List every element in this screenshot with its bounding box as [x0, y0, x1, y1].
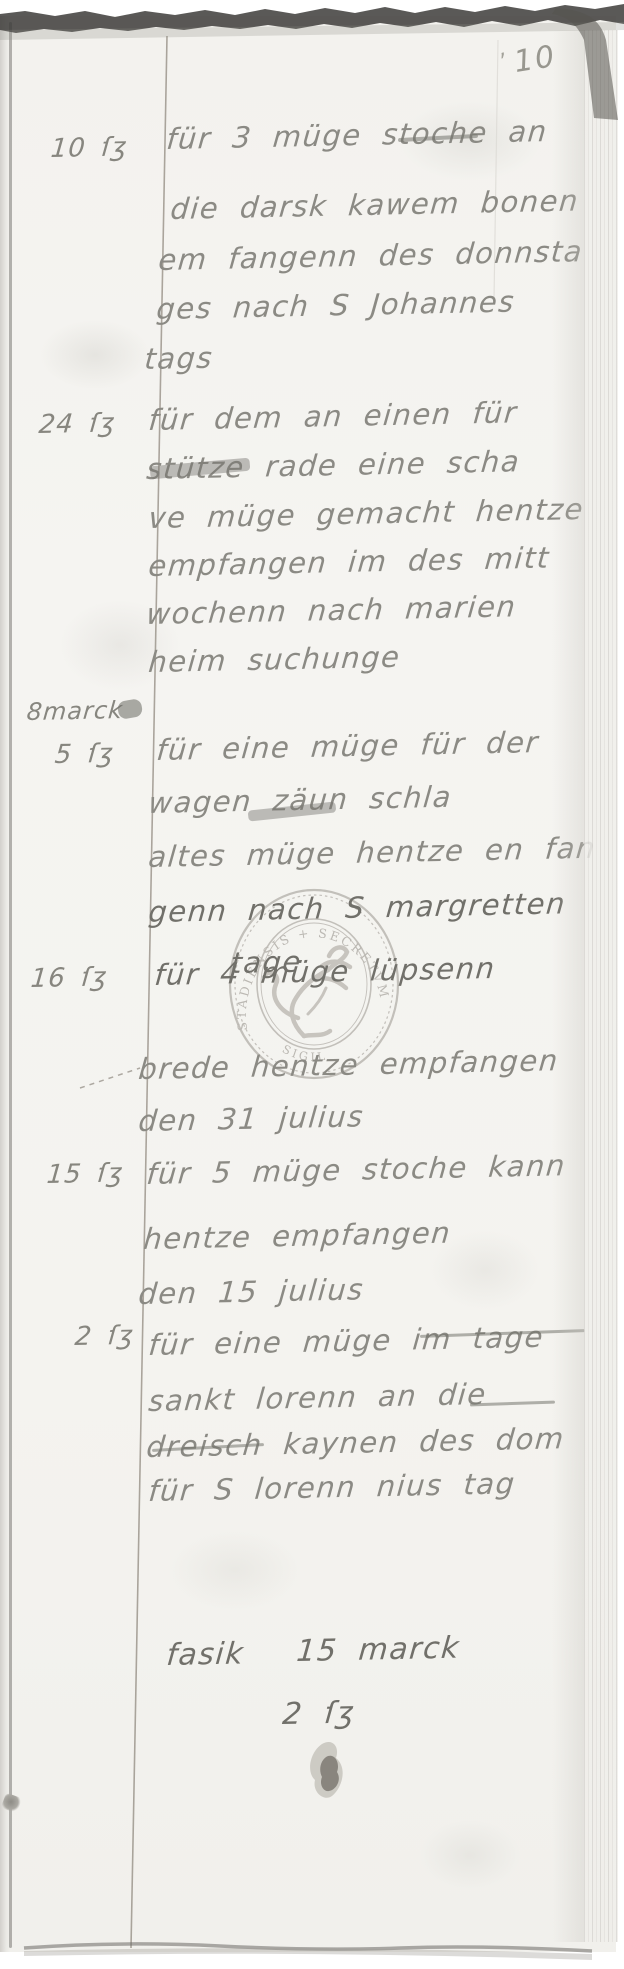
ledger-line: hentze empfangen: [142, 1216, 453, 1257]
total-marks: 15 marck: [295, 1631, 461, 1669]
ledger-line: sankt lorenn an die: [147, 1377, 488, 1418]
ledger-line: heim suchunge: [147, 640, 402, 679]
total-shillings: 2 ſʒ: [281, 1695, 356, 1732]
ledger-line: tags: [143, 341, 215, 377]
page-curl-shading: [552, 30, 584, 1942]
binding-crease-line: [9, 22, 12, 1948]
ledger-line: für 4 müge lüpsenn: [153, 951, 497, 992]
margin-amount: 2 ſʒ: [73, 1321, 134, 1352]
margin-amount: 10 ſʒ: [49, 132, 128, 164]
page-stack-right-edge: [584, 30, 618, 1942]
total-label: fasik: [165, 1636, 246, 1673]
margin-amount: 24 ſʒ: [37, 408, 116, 440]
margin-amount: 8marck: [26, 696, 125, 726]
ledger-line: den 31 julius: [137, 1099, 365, 1138]
margin-amount: 15 ſʒ: [45, 1158, 124, 1190]
margin-amount: 5 ſʒ: [53, 739, 114, 770]
manuscript-scan: STADIENSIS + SECRETVM SIGIL ’ 10 10 ſʒ f…: [0, 0, 624, 1969]
ledger-line: den 15 julius: [137, 1272, 365, 1311]
margin-amount: 16 ſʒ: [29, 962, 108, 994]
